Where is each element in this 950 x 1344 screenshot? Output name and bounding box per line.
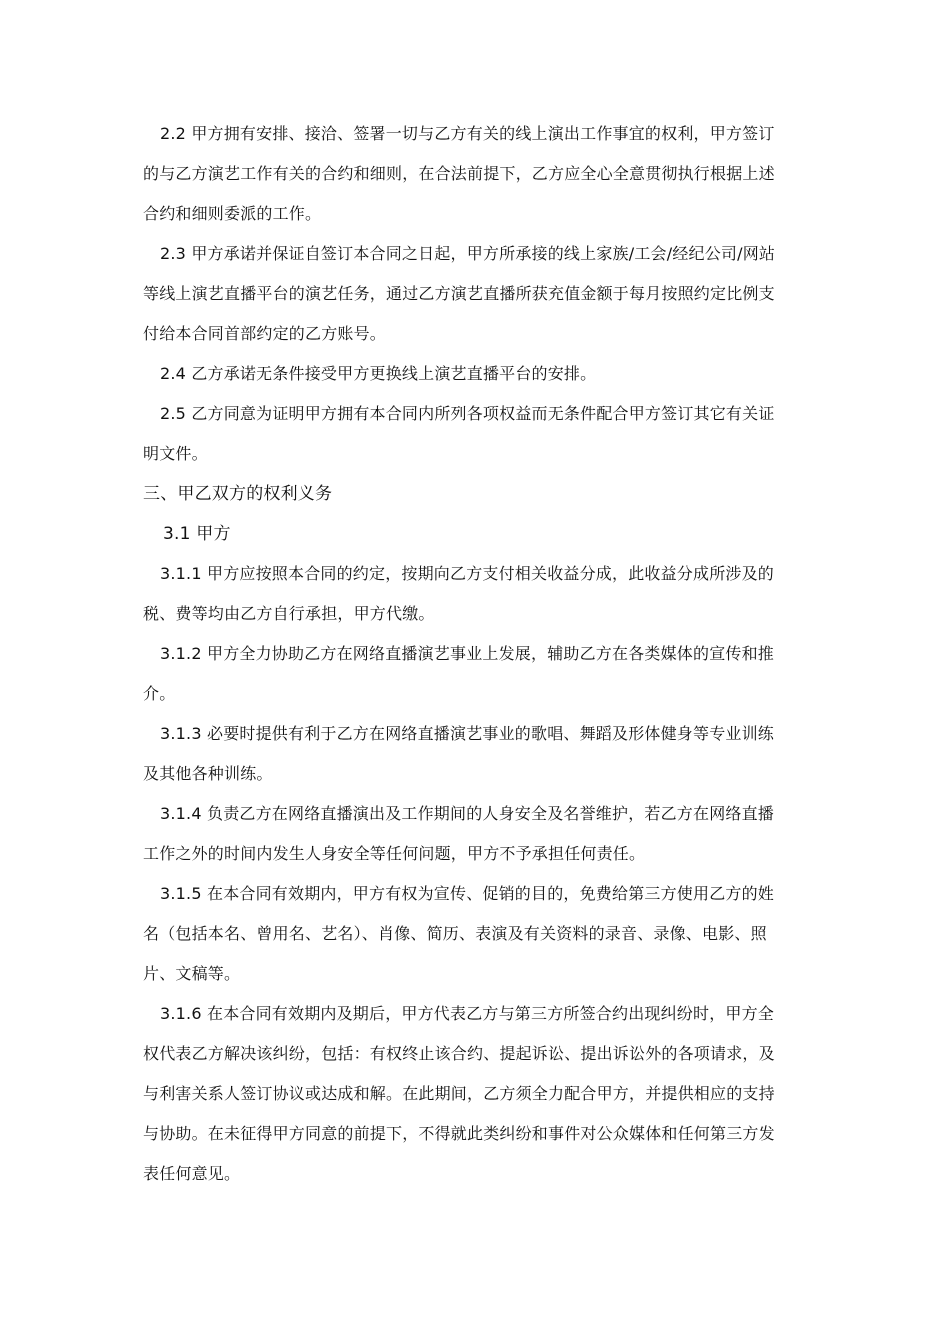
clause-line: 2.5 乙方同意为证明甲方拥有本合同内所列各项权益而无条件配合甲方签订其它有关证 — [143, 401, 808, 441]
clause-3-1-1: 3.1.1 甲方应按照本合同的约定，按期向乙方支付相关收益分成，此收益分成所涉及… — [143, 561, 808, 641]
clause-line: 的与乙方演艺工作有关的合约和细则，在合法前提下，乙方应全心全意贯彻执行根据上述 — [143, 161, 808, 201]
clause-3-1-6: 3.1.6 在本合同有效期内及期后，甲方代表乙方与第三方所签合约出现纠纷时，甲方… — [143, 1001, 808, 1201]
clause-line: 3.1.4 负责乙方在网络直播演出及工作期间的人身安全及名誉维护，若乙方在网络直… — [143, 801, 808, 841]
clause-line: 3.1.1 甲方应按照本合同的约定，按期向乙方支付相关收益分成，此收益分成所涉及… — [143, 561, 808, 601]
clause-line: 片、文稿等。 — [143, 961, 808, 1001]
clause-line: 3.1.5 在本合同有效期内，甲方有权为宣传、促销的目的，免费给第三方使用乙方的… — [143, 881, 808, 921]
clause-line: 合约和细则委派的工作。 — [143, 201, 808, 241]
clause-line: 3.1.6 在本合同有效期内及期后，甲方代表乙方与第三方所签合约出现纠纷时，甲方… — [143, 1001, 808, 1041]
clause-2-3: 2.3 甲方承诺并保证自签订本合同之日起，甲方所承接的线上家族/工会/经纪公司/… — [143, 241, 808, 361]
clause-line: 2.3 甲方承诺并保证自签订本合同之日起，甲方所承接的线上家族/工会/经纪公司/… — [143, 241, 808, 281]
clause-line: 2.4 乙方承诺无条件接受甲方更换线上演艺直播平台的安排。 — [143, 361, 808, 401]
clause-3-1-3: 3.1.3 必要时提供有利于乙方在网络直播演艺事业的歌唱、舞蹈及形体健身等专业训… — [143, 721, 808, 801]
clause-3-1-2: 3.1.2 甲方全力协助乙方在网络直播演艺事业上发展，辅助乙方在各类媒体的宣传和… — [143, 641, 808, 721]
clause-line: 3.1.3 必要时提供有利于乙方在网络直播演艺事业的歌唱、舞蹈及形体健身等专业训… — [143, 721, 808, 761]
clause-line: 税、费等均由乙方自行承担，甲方代缴。 — [143, 601, 808, 641]
clause-3-1-4: 3.1.4 负责乙方在网络直播演出及工作期间的人身安全及名誉维护，若乙方在网络直… — [143, 801, 808, 881]
clause-line: 与协助。在未征得甲方同意的前提下，不得就此类纠纷和事件对公众媒体和任何第三方发 — [143, 1121, 808, 1161]
section-heading: 三、甲乙双方的权利义务 — [143, 481, 808, 521]
clause-3-1-5: 3.1.5 在本合同有效期内，甲方有权为宣传、促销的目的，免费给第三方使用乙方的… — [143, 881, 808, 1001]
clause-line: 3.1.2 甲方全力协助乙方在网络直播演艺事业上发展，辅助乙方在各类媒体的宣传和… — [143, 641, 808, 681]
clause-line: 2.2 甲方拥有安排、接洽、签署一切与乙方有关的线上演出工作事宜的权利，甲方签订 — [143, 121, 808, 161]
clause-line: 权代表乙方解决该纠纷，包括：有权终止该合约、提起诉讼、提出诉讼外的各项请求，及 — [143, 1041, 808, 1081]
clause-line: 介。 — [143, 681, 808, 721]
clause-line: 工作之外的时间内发生人身安全等任何问题，甲方不予承担任何责任。 — [143, 841, 808, 881]
clause-line: 表任何意见。 — [143, 1161, 808, 1201]
document-page: 2.2 甲方拥有安排、接洽、签署一切与乙方有关的线上演出工作事宜的权利，甲方签订… — [0, 0, 950, 1344]
clause-line: 等线上演艺直播平台的演艺任务，通过乙方演艺直播所获充值金额于每月按照约定比例支 — [143, 281, 808, 321]
clause-2-2: 2.2 甲方拥有安排、接洽、签署一切与乙方有关的线上演出工作事宜的权利，甲方签订… — [143, 121, 808, 241]
clause-2-4: 2.4 乙方承诺无条件接受甲方更换线上演艺直播平台的安排。 — [143, 361, 808, 401]
clause-line: 及其他各种训练。 — [143, 761, 808, 801]
clause-line: 付给本合同首部约定的乙方账号。 — [143, 321, 808, 361]
clause-line: 名（包括本名、曾用名、艺名）、肖像、简历、表演及有关资料的录音、录像、电影、照 — [143, 921, 808, 961]
document-body: 2.2 甲方拥有安排、接洽、签署一切与乙方有关的线上演出工作事宜的权利，甲方签订… — [143, 121, 808, 1201]
clause-2-5: 2.5 乙方同意为证明甲方拥有本合同内所列各项权益而无条件配合甲方签订其它有关证… — [143, 401, 808, 481]
clause-line: 明文件。 — [143, 441, 808, 481]
subsection-heading: 3.1 甲方 — [143, 521, 808, 561]
clause-line: 与利害关系人签订协议或达成和解。在此期间，乙方须全力配合甲方，并提供相应的支持 — [143, 1081, 808, 1121]
